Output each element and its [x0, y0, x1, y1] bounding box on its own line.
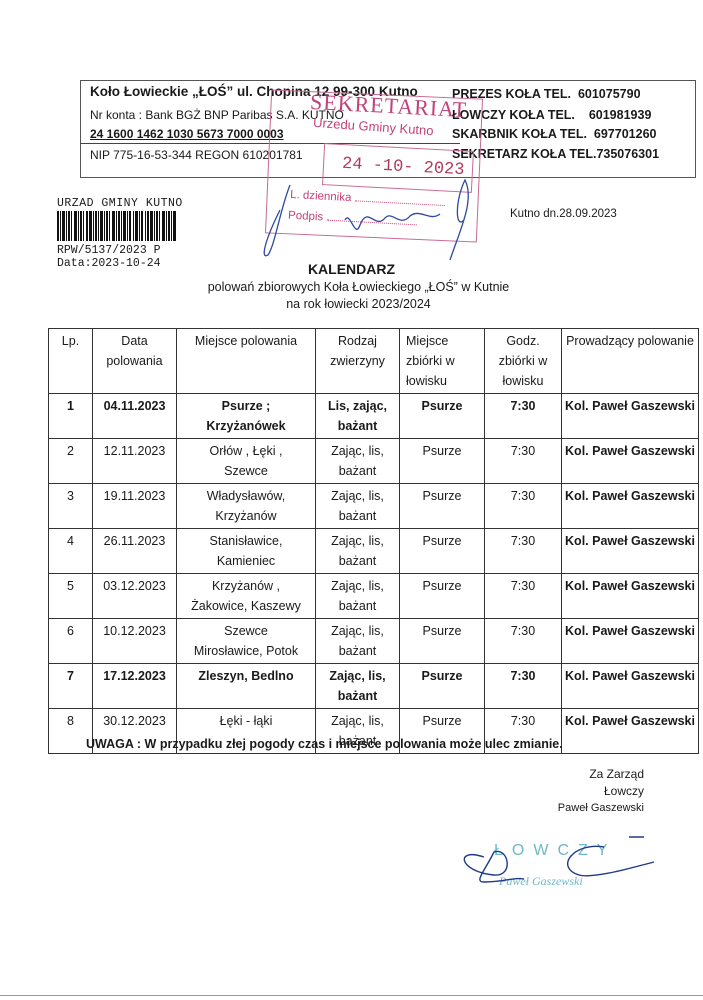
cell-meeting-time: 7:30 — [485, 484, 562, 529]
cell-date: 04.11.2023 — [93, 394, 177, 439]
cell-game: Zając, lis,bażant — [316, 574, 400, 619]
contact-phone: 601075790 — [578, 87, 641, 101]
document-season: na rok łowiecki 2023/2024 — [0, 297, 703, 311]
signature-role: Łowczy — [480, 783, 644, 800]
cell-leader: Kol. Paweł Gaszewski — [562, 619, 699, 664]
col-lp: Lp. — [49, 329, 93, 394]
cell-meeting-time: 7:30 — [485, 619, 562, 664]
cell-leader: Kol. Paweł Gaszewski — [562, 439, 699, 484]
contact-secretary: SEKRETARZ KOŁA TEL.735076301 — [452, 147, 659, 161]
cell-meeting-place: Psurze — [400, 394, 485, 439]
cell-lp: 7 — [49, 664, 93, 709]
cell-meeting-place: Psurze — [400, 439, 485, 484]
col-meeting-place: Miejsce zbiórki w łowisku — [400, 329, 485, 394]
col-leader: Prowadzący polowanie — [562, 329, 699, 394]
document-subtitle: polowań zbiorowych Koła Łowieckiego „ŁOŚ… — [0, 280, 703, 294]
cell-date: 19.11.2023 — [93, 484, 177, 529]
cell-date: 12.11.2023 — [93, 439, 177, 484]
signature-board: Za Zarząd — [480, 766, 644, 783]
table-body: 104.11.2023Psurze ;KrzyżanówekLis, zając… — [49, 394, 699, 754]
hunt-schedule-table: Lp. Data polowania Miejsce polowania Rod… — [48, 328, 699, 754]
cell-meeting-time: 7:30 — [485, 394, 562, 439]
table-row: 104.11.2023Psurze ;KrzyżanówekLis, zając… — [49, 394, 699, 439]
cell-place: Krzyżanów ,Żakowice, Kaszewy — [177, 574, 316, 619]
weather-note: UWAGA : W przypadku złej pogody czas i m… — [86, 737, 563, 751]
cell-leader: Kol. Paweł Gaszewski — [562, 709, 699, 754]
cell-game: Zając, lis,bażant — [316, 619, 400, 664]
page-edge — [0, 995, 703, 996]
cell-leader: Kol. Paweł Gaszewski — [562, 484, 699, 529]
cell-place: Psurze ;Krzyżanówek — [177, 394, 316, 439]
cell-date: 26.11.2023 — [93, 529, 177, 574]
document-title: KALENDARZ — [0, 261, 703, 277]
contact-treasurer: SKARBNIK KOŁA TEL. 697701260 — [452, 127, 656, 141]
cell-date: 17.12.2023 — [93, 664, 177, 709]
cell-lp: 4 — [49, 529, 93, 574]
cell-game: Lis, zając,bażant — [316, 394, 400, 439]
cell-date: 10.12.2023 — [93, 619, 177, 664]
cell-lp: 1 — [49, 394, 93, 439]
cell-meeting-time: 7:30 — [485, 439, 562, 484]
cell-place: Władysławów,Krzyżanów — [177, 484, 316, 529]
col-game: Rodzaj zwierzyny — [316, 329, 400, 394]
cell-date: 03.12.2023 — [93, 574, 177, 619]
cell-meeting-place: Psurze — [400, 574, 485, 619]
col-place: Miejsce polowania — [177, 329, 316, 394]
table-row: 610.12.2023SzewceMirosławice, PotokZając… — [49, 619, 699, 664]
cell-game: Zając, lis,bażant — [316, 439, 400, 484]
cell-place: Orłów , Łęki ,Szewce — [177, 439, 316, 484]
handwritten-signature-icon — [250, 150, 480, 270]
cell-place: Stanisławice,Kamieniec — [177, 529, 316, 574]
table-row: 503.12.2023Krzyżanów ,Żakowice, KaszewyZ… — [49, 574, 699, 619]
cell-lp: 6 — [49, 619, 93, 664]
col-meeting-time: Godz. zbiórki w łowisku — [485, 329, 562, 394]
col-date: Data polowania — [93, 329, 177, 394]
table-row: 212.11.2023Orłów , Łęki ,SzewceZając, li… — [49, 439, 699, 484]
table-row: 426.11.2023Stanisławice,KamieniecZając, … — [49, 529, 699, 574]
signature-block: Za Zarząd Łowczy Paweł Gaszewski — [480, 766, 644, 817]
bank-account-number: 24 1600 1462 1030 5673 7000 0003 — [90, 127, 284, 141]
cell-meeting-time: 7:30 — [485, 664, 562, 709]
cell-meeting-place: Psurze — [400, 619, 485, 664]
cell-lp: 5 — [49, 574, 93, 619]
cell-place: Zleszyn, Bedlno — [177, 664, 316, 709]
cell-lp: 2 — [49, 439, 93, 484]
table-header-row: Lp. Data polowania Miejsce polowania Rod… — [49, 329, 699, 394]
cell-game: Zając, lis,bażant — [316, 529, 400, 574]
svg-text:ŁOWCZY: ŁOWCZY — [494, 842, 616, 859]
contact-phone: 735076301 — [596, 147, 659, 161]
registry-number: RPW/5137/2023 P — [57, 244, 161, 257]
barcode-icon — [57, 211, 177, 241]
cell-meeting-place: Psurze — [400, 484, 485, 529]
table-row: 717.12.2023Zleszyn, BedlnoZając, lis,baż… — [49, 664, 699, 709]
registry-office: URZAD GMINY KUTNO — [57, 197, 183, 210]
cell-leader: Kol. Paweł Gaszewski — [562, 529, 699, 574]
hunter-signature-stamp-icon: ŁOWCZY Paweł Gaszewski — [454, 827, 684, 897]
cell-leader: Kol. Paweł Gaszewski — [562, 574, 699, 619]
cell-leader: Kol. Paweł Gaszewski — [562, 664, 699, 709]
signature-name: Paweł Gaszewski — [480, 800, 644, 817]
cell-game: Zając, lis,bażant — [316, 664, 400, 709]
place-and-date: Kutno dn.28.09.2023 — [510, 208, 617, 220]
cell-game: Zając, lis,bażant — [316, 484, 400, 529]
cell-meeting-place: Psurze — [400, 529, 485, 574]
cell-lp: 3 — [49, 484, 93, 529]
table-row: 319.11.2023Władysławów,KrzyżanówZając, l… — [49, 484, 699, 529]
cell-meeting-time: 7:30 — [485, 529, 562, 574]
svg-text:Paweł Gaszewski: Paweł Gaszewski — [498, 874, 583, 888]
cell-meeting-time: 7:30 — [485, 574, 562, 619]
cell-meeting-place: Psurze — [400, 664, 485, 709]
cell-place: SzewceMirosławice, Potok — [177, 619, 316, 664]
cell-leader: Kol. Paweł Gaszewski — [562, 394, 699, 439]
contact-phone: 697701260 — [594, 127, 657, 141]
contact-phone: 601981939 — [589, 108, 652, 122]
